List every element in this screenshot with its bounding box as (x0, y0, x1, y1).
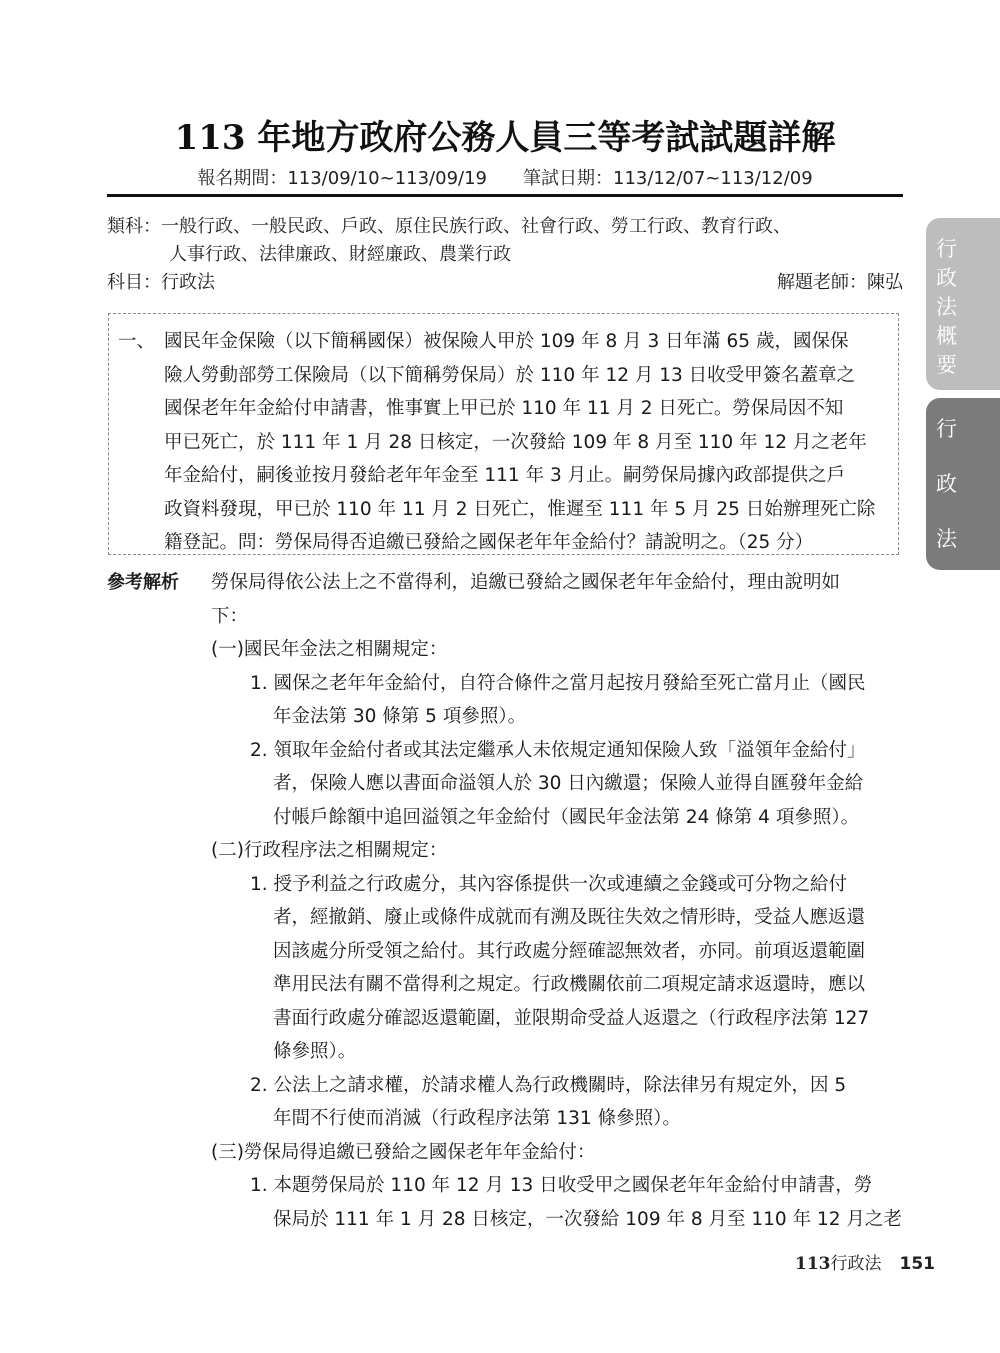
header-rule (107, 194, 903, 197)
answer-body: 勞保局得依公法上之不當得利，追繳已發給之國保老年年金給付，理由說明如 下： (一… (211, 566, 907, 1236)
tab-char: 政 (936, 469, 1000, 524)
exam-date: 筆試日期：113/12/07~113/12/09 (523, 168, 813, 189)
list-item: 1. 本題勞保局於 110 年 12 月 13 日收受甲之國保老年年金給付申請書… (211, 1169, 907, 1203)
question-line: 籍登記。問：勞保局得否追繳已發給之國保老年年金給付？請說明之。（25 分） (118, 526, 893, 560)
answer-label: 參考解析 (107, 566, 179, 600)
list-item: 2. 公法上之請求權，於請求權人為行政機關時，除法律另有規定外，因 5 (211, 1069, 907, 1103)
list-item-cont: 年間不行使而消滅（行政程序法第 131 條參照）。 (211, 1102, 907, 1136)
page-number: 151 (900, 1254, 936, 1274)
tab-char: 要 (936, 351, 1000, 380)
list-item-cont: 保局於 111 年 1 月 28 日核定，一次發給 109 年 8 月至 110… (211, 1203, 907, 1237)
list-item-cont: 付帳戶餘額中追回溢領之年金給付（國民年金法第 24 條第 4 項參照）。 (211, 801, 907, 835)
exam-dates: 報名期間：113/09/10~113/09/19筆試日期：113/12/07~1… (107, 166, 903, 192)
list-item-cont: 書面行政處分確認返還範圍，並限期命受益人返還之（行政程序法第 127 (211, 1002, 907, 1036)
page-footer: 113行政法151 (795, 1252, 935, 1276)
tab-char: 概 (936, 322, 1000, 351)
footer-subject: 行政法 (831, 1254, 882, 1274)
subject: 科目：行政法 (107, 269, 215, 297)
question-line: 政資料發現，甲已於 110 年 11 月 2 日死亡，惟遲至 111 年 5 月… (118, 493, 893, 527)
question-line: 國保老年年金給付申請書，惟事實上甲已於 110 年 11 月 2 日死亡。勞保局… (118, 392, 893, 426)
question-line: 險人勞動部勞工保險局（以下簡稱勞保局）於 110 年 12 月 13 日收受甲簽… (118, 359, 893, 393)
side-tab-admin-law[interactable]: 行 政 法 (926, 398, 1000, 570)
answer-intro: 勞保局得依公法上之不當得利，追繳已發給之國保老年年金給付，理由說明如 (211, 566, 907, 600)
list-item-cont: 者，經撤銷、廢止或條件成就而有溯及既往失效之情形時，受益人應返還 (211, 901, 907, 935)
section-heading: (一)國民年金法之相關規定： (211, 633, 907, 667)
side-tab-admin-law-overview[interactable]: 行 政 法 概 要 (926, 218, 1000, 390)
question-line: 甲已死亡，於 111 年 1 月 28 日核定，一次發給 109 年 8 月至 … (118, 426, 893, 460)
category-line-1: 類科：一般行政、一般民政、戶政、原住民族行政、社會行政、勞工行政、教育行政、 (107, 213, 903, 241)
list-item: 1. 國保之老年年金給付，自符合條件之當月起按月發給至死亡當月止（國民 (211, 667, 907, 701)
list-item-cont: 者，保險人應以書面命溢領人於 30 日內繳還；保險人並得自匯發年金給 (211, 767, 907, 801)
tab-char: 法 (936, 293, 1000, 322)
tab-char: 行 (936, 235, 1000, 264)
registration-period: 報名期間：113/09/10~113/09/19 (197, 168, 487, 189)
tab-char: 政 (936, 264, 1000, 293)
answer-intro: 下： (211, 600, 907, 634)
question-number: 一、 (118, 325, 164, 359)
category-line-2-wrap: 人事行政、法律廉政、財經廉政、農業行政 (107, 241, 903, 269)
question-line: 一、國民年金保險（以下簡稱國保）被保險人甲於 109 年 8 月 3 日年滿 6… (118, 325, 893, 359)
section-heading: (二)行政程序法之相關規定： (211, 834, 907, 868)
list-item: 2. 領取年金給付者或其法定繼承人未依規定通知保險人致「溢領年金給付」 (211, 734, 907, 768)
list-item-cont: 年金法第 30 條第 5 項參照）。 (211, 700, 907, 734)
question-text: 一、國民年金保險（以下簡稱國保）被保險人甲於 109 年 8 月 3 日年滿 6… (118, 325, 893, 560)
list-item-cont: 準用民法有關不當得利之規定。行政機關依前二項規定請求返還時，應以 (211, 968, 907, 1002)
category-line-2: 人事行政、法律廉政、財經廉政、農業行政 (107, 241, 903, 269)
section-heading: (三)勞保局得追繳已發給之國保老年年金給付： (211, 1136, 907, 1170)
footer-year: 113 (795, 1254, 831, 1274)
tab-char: 行 (936, 414, 1000, 469)
teacher: 解題老師：陳弘 (777, 269, 903, 297)
list-item: 1. 授予利益之行政處分，其內容係提供一次或連續之金錢或可分物之給付 (211, 868, 907, 902)
subject-row: 科目：行政法 解題老師：陳弘 (107, 269, 903, 297)
list-item-cont: 因該處分所受領之給付。其行政處分經確認無效者，亦同。前項返還範圍 (211, 935, 907, 969)
list-item-cont: 條參照）。 (211, 1035, 907, 1069)
question-line: 年金給付，嗣後並按月發給老年年金至 111 年 3 月止。嗣勞保局據內政部提供之… (118, 459, 893, 493)
page-title: 113 年地方政府公務人員三等考試試題詳解 (107, 114, 903, 162)
tab-char: 法 (936, 524, 1000, 579)
